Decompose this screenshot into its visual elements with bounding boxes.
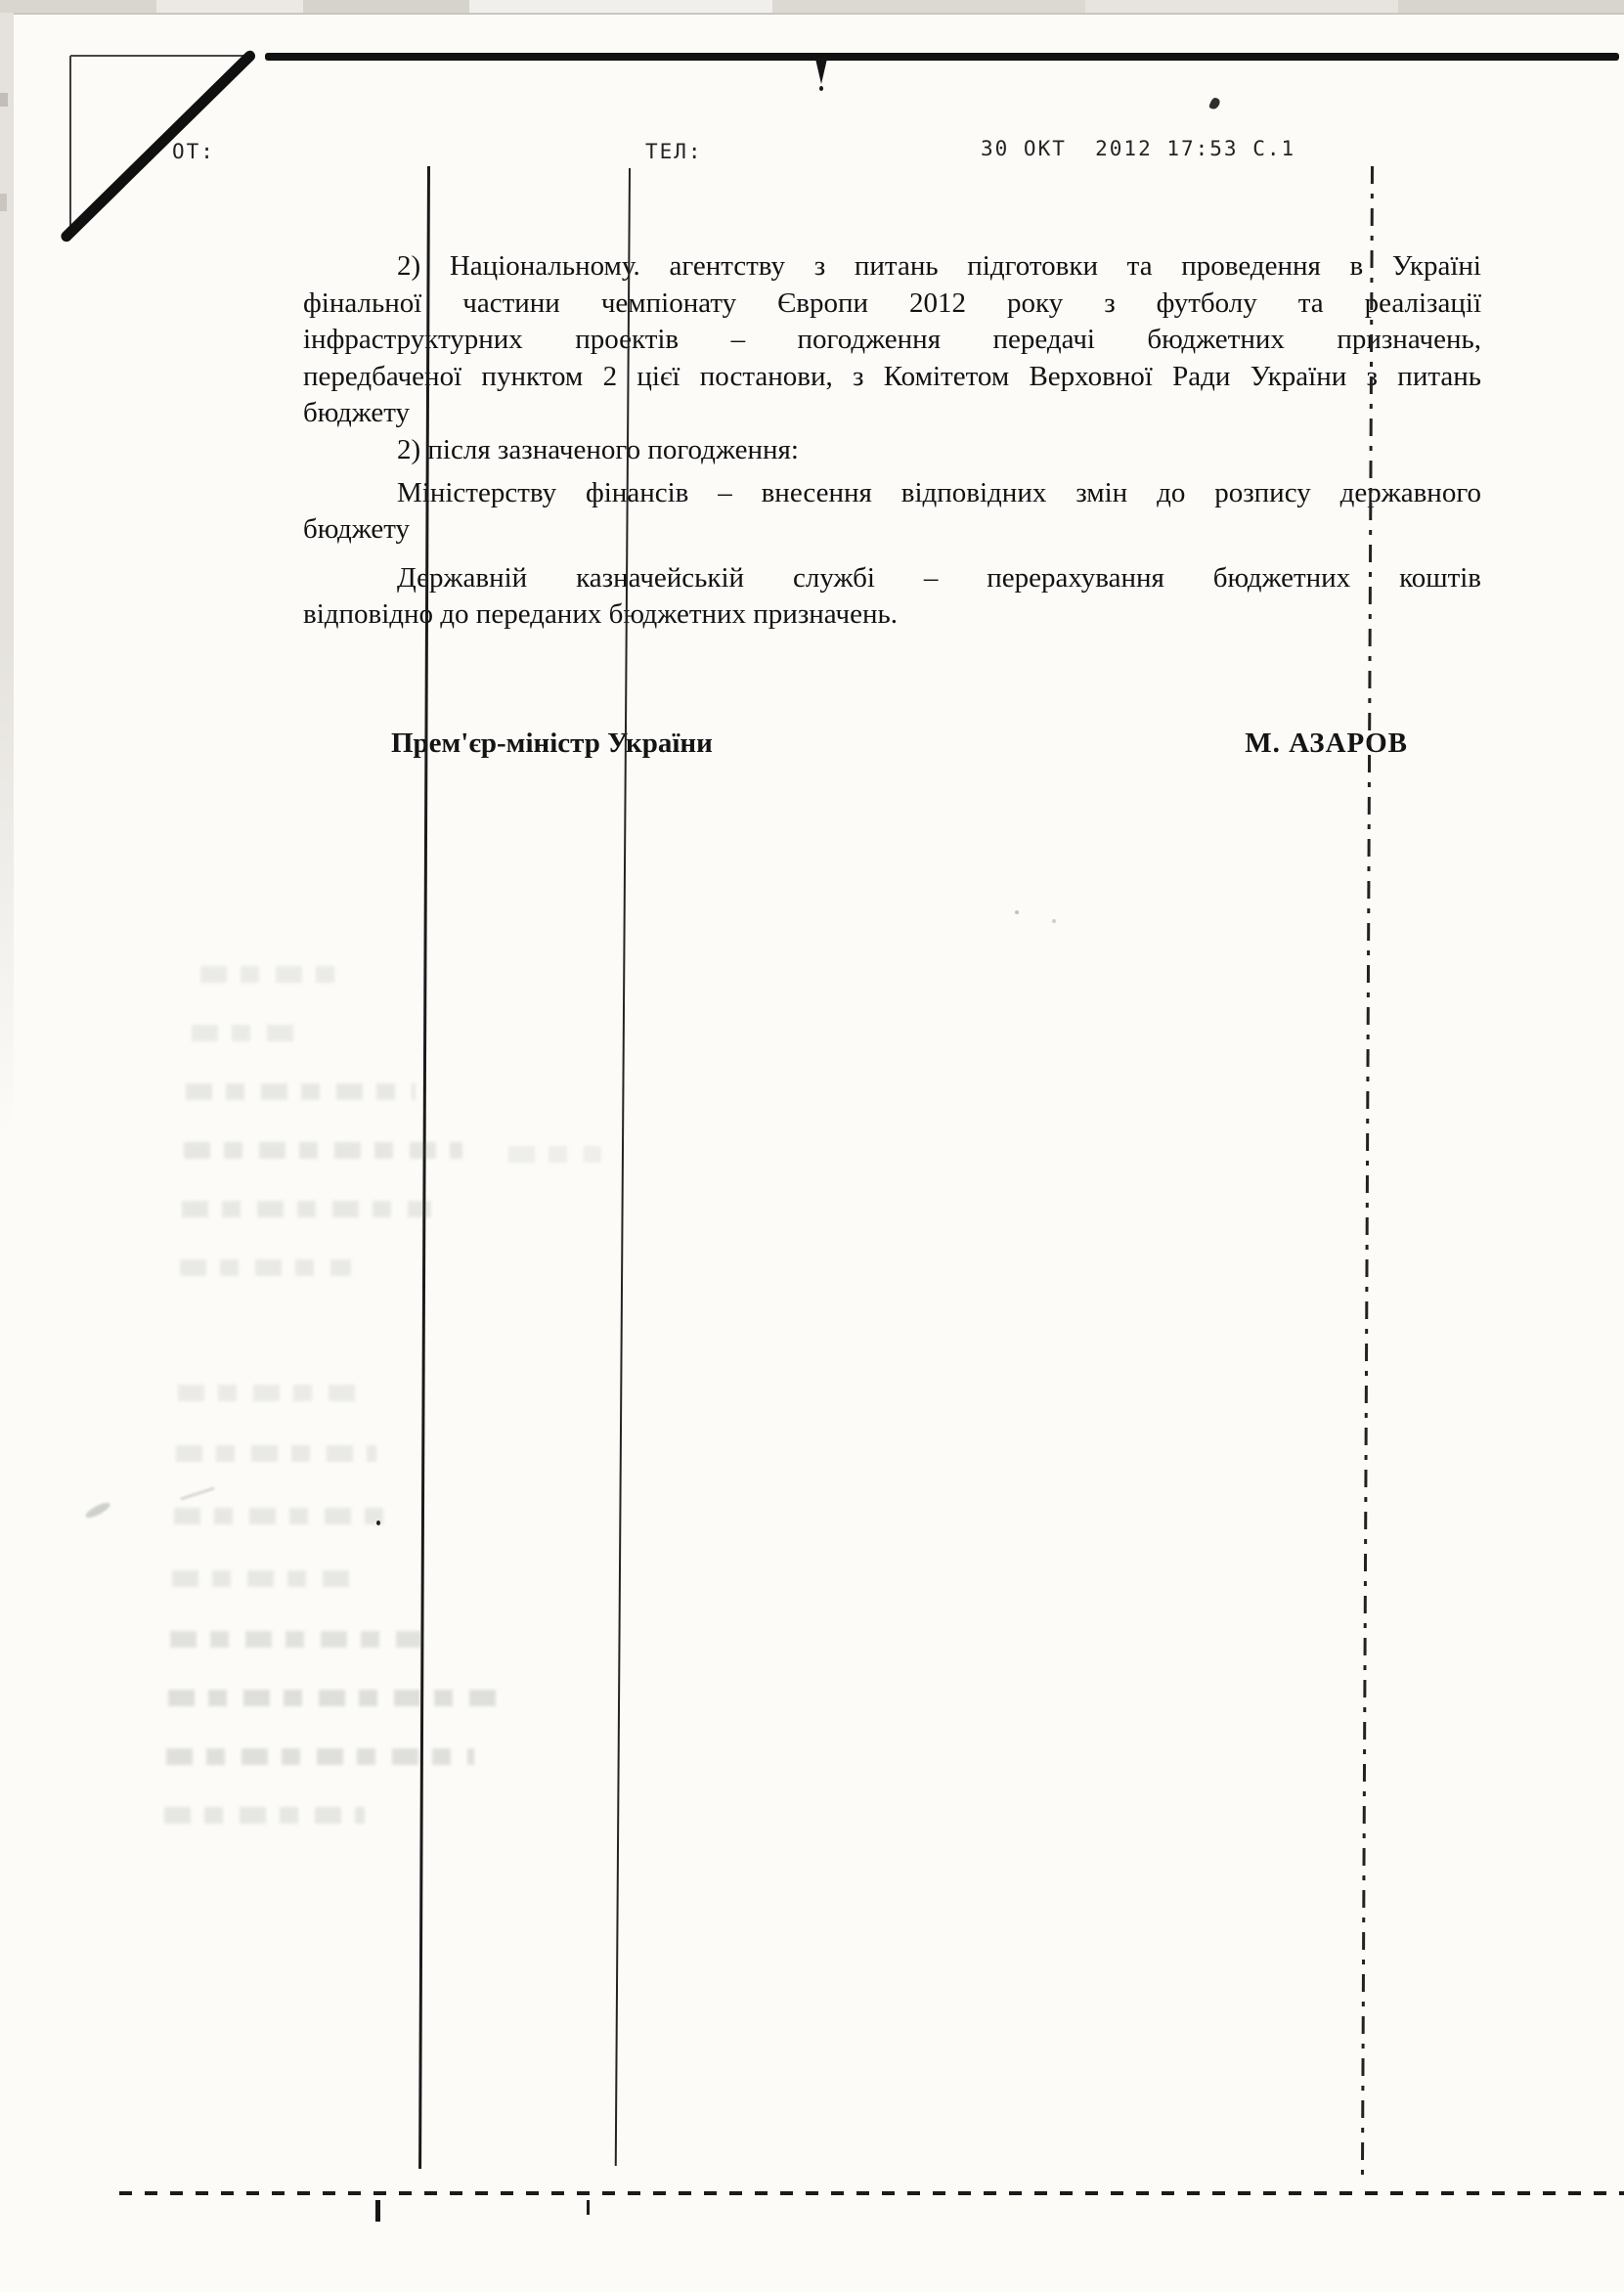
body-line: бюджету: [303, 511, 1481, 549]
scan-left-edge-shadow: [0, 13, 14, 1137]
bleedthrough-line: [186, 1083, 416, 1100]
bleedthrough-line: [164, 1807, 365, 1824]
bottom-tick-mark: [375, 2200, 380, 2222]
signature-title: Прем'єр-міністр України: [391, 727, 713, 760]
bleedthrough-line: [192, 1025, 304, 1041]
fax-timestamp: 30 ОКТ 2012 17:53 С.1: [981, 137, 1295, 160]
scan-top-edge-strip: [0, 0, 1624, 15]
bleedthrough-line: [182, 1201, 431, 1217]
gray-smudge: [180, 1487, 214, 1501]
bleedthrough-line: [176, 1445, 376, 1462]
bleedthrough-line: [184, 1142, 462, 1159]
scan-edge-mark: [0, 93, 8, 107]
stray-apostrophe-mark: [1208, 97, 1221, 111]
body-line: 2) Національному. агентству з питань під…: [303, 248, 1481, 286]
scan-edge-mark: [0, 194, 7, 211]
body-line: фінальної частини чемпіонату Європи 2012…: [303, 286, 1481, 323]
bleedthrough-line: [166, 1748, 474, 1765]
ink-speck: [376, 1521, 380, 1525]
bleedthrough-line: [178, 1385, 359, 1401]
scanned-fax-page: ОТ: ТЕЛ: 30 ОКТ 2012 17:53 С.1 2) Націон…: [0, 0, 1624, 2292]
bleedthrough-line: [508, 1146, 601, 1163]
body-line: інфраструктурних проектів – погодження п…: [303, 322, 1481, 359]
bottom-dashed-line: [119, 2191, 1624, 2195]
document-body: 2) Національному. агентству з питань під…: [303, 248, 1481, 634]
fax-tel-label: ТЕЛ:: [645, 140, 703, 163]
fold-triangle-vertical-edge: [69, 56, 71, 234]
bottom-tick-mark: [587, 2200, 590, 2215]
ink-drip-mark: [815, 59, 827, 84]
ink-drip-dot: [819, 86, 823, 91]
bleedthrough-line: [172, 1570, 363, 1587]
body-line: бюджету: [303, 395, 1481, 432]
header-horizontal-rule: [265, 53, 1619, 61]
faint-dot: [1052, 919, 1056, 923]
gray-smudge: [84, 1500, 112, 1521]
body-line: відповідно до переданих бюджетних призна…: [303, 596, 1481, 634]
fax-from-label: ОТ:: [172, 140, 215, 163]
body-line: передбаченої пунктом 2 цієї постанови, з…: [303, 359, 1481, 396]
bleedthrough-line: [170, 1631, 429, 1648]
bleedthrough-line: [180, 1259, 351, 1276]
bleedthrough-line: [174, 1508, 384, 1524]
signature-name: М. АЗАРОВ: [1245, 727, 1408, 760]
bleedthrough-line: [200, 966, 347, 983]
body-line: Державній казначейській службі – перерах…: [303, 560, 1481, 597]
fold-triangle-diagonal: [59, 49, 257, 244]
faint-dot: [1015, 910, 1019, 914]
signature-block: Прем'єр-міністр України М. АЗАРОВ: [303, 727, 1481, 767]
body-line: Міністерству фінансів – внесення відпові…: [303, 475, 1481, 512]
fold-triangle-top-edge: [70, 55, 246, 57]
body-line: 2) після зазначеного погодження:: [303, 432, 1481, 469]
bleedthrough-line: [168, 1690, 496, 1706]
